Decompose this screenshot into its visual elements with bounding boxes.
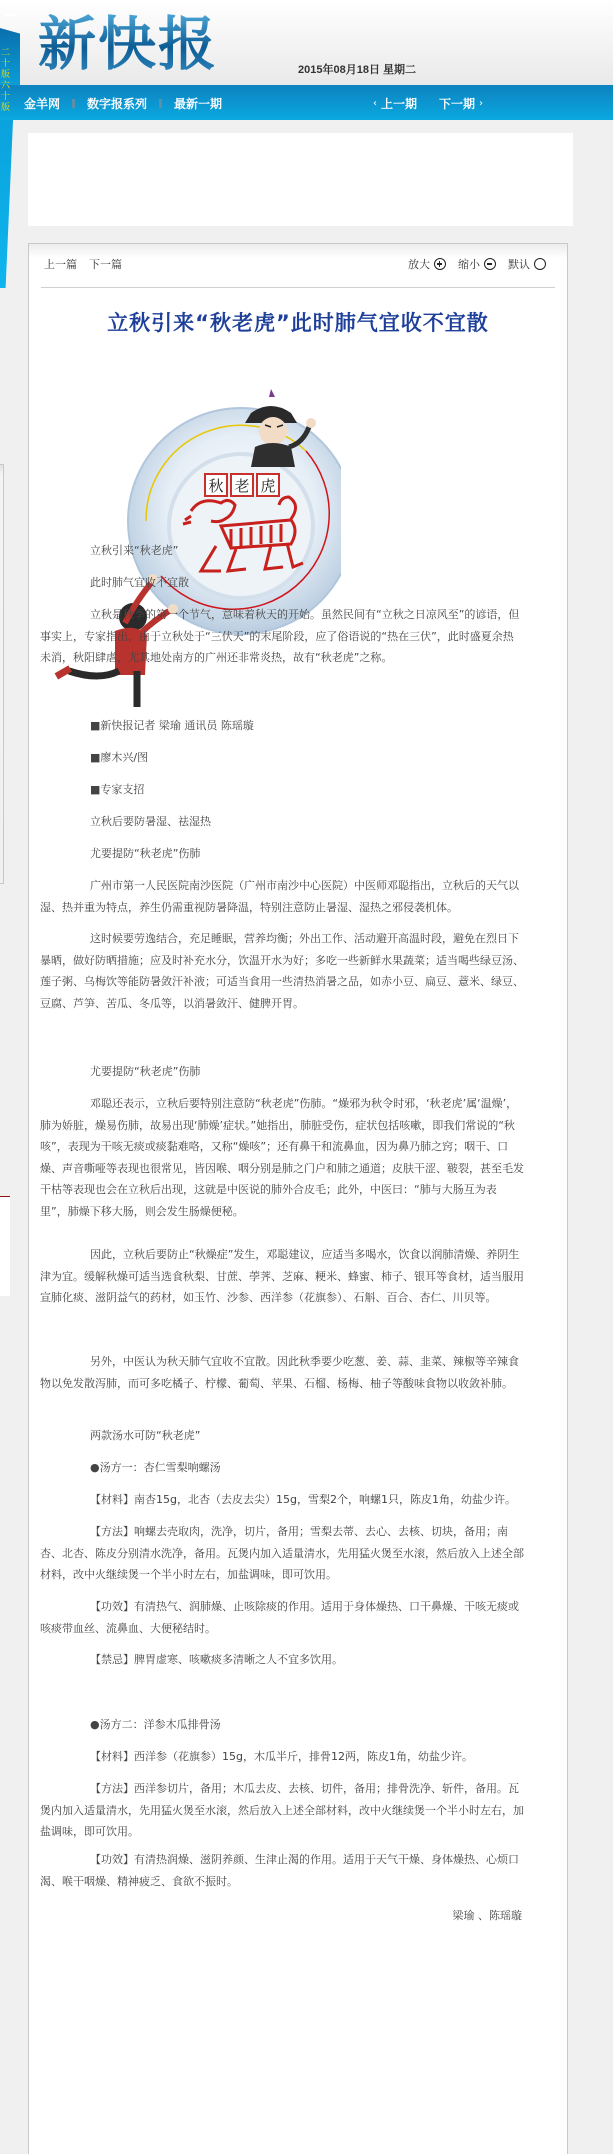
newspaper-logo[interactable]: 新快报 xyxy=(38,12,218,76)
paragraph-soup2-method: 【方法】西洋参切片，备用；木瓜去皮、去核、切件，备用；排骨洗净、斩件，备用。瓦煲… xyxy=(40,1778,524,1843)
issue-pager: ‹ 上一期 下一期 › xyxy=(373,95,483,112)
paragraph-subhead-4: 尤要提防“秋老虎”伤肺 xyxy=(40,843,524,865)
offscreen-side-block xyxy=(0,1196,10,1296)
nav-links: 金羊网 数字报系列 最新一期 xyxy=(24,95,222,112)
paragraph-soup1-title: ●汤方一：杏仁雪梨响螺汤 xyxy=(40,1457,524,1479)
zoom-in-button[interactable]: 放大 xyxy=(408,256,446,272)
paragraph-doctor-intro: 广州市第一人民医院南沙医院（广州市南沙中心医院）中医师邓聪指出，立秋后的天气以湿… xyxy=(40,875,524,918)
nav-separator xyxy=(72,99,75,108)
offscreen-side-panel xyxy=(0,464,4,884)
caption-tiles: 秋 老 虎 xyxy=(205,474,279,496)
svg-text:秋: 秋 xyxy=(208,477,223,495)
chevron-left-icon: ‹ xyxy=(373,98,377,109)
toolbar-divider xyxy=(41,287,555,288)
article-panel: 上一篇 下一篇 放大 缩小 默认 立秋引来“秋老虎”此时肺气宜收不宜散 xyxy=(28,243,568,2154)
banner-placeholder xyxy=(28,133,573,226)
paragraph-subhead-3: 立秋后要防暑湿、祛湿热 xyxy=(40,811,524,833)
paragraph-soup2-title: ●汤方二：洋参木瓜排骨汤 xyxy=(40,1714,524,1736)
paragraph-subhead-1: 立秋引来“秋老虎” xyxy=(40,540,524,562)
article-byline: 梁瑜 、陈瑶璇 xyxy=(453,1907,523,1923)
svg-text:老: 老 xyxy=(234,477,249,495)
next-article-link[interactable]: 下一篇 xyxy=(89,256,122,272)
nav-link-digital-series[interactable]: 数字报系列 xyxy=(87,95,147,112)
zoom-out-label: 缩小 xyxy=(458,256,480,272)
paragraph-expert-tips: ■专家支招 xyxy=(40,779,524,801)
ribbon-page-label[interactable]: 二 十 版 六 十 版 xyxy=(1,48,11,114)
prev-article-link[interactable]: 上一篇 xyxy=(44,256,77,272)
nav-separator xyxy=(159,99,162,108)
reset-size-button[interactable]: 默认 xyxy=(508,256,546,272)
paragraph-credit-image: ■廖木兴/图 xyxy=(40,747,524,769)
minus-circle-icon xyxy=(484,258,496,270)
paragraph-prevention: 因此，立秋后要防止“秋燥症”发生，邓聪建议，应适当多喝水，饮食以润肺清燥、养阴生… xyxy=(40,1244,524,1309)
paragraph-subhead-5: 尤要提防“秋老虎”伤肺 xyxy=(40,1061,524,1083)
paragraph-soup2-effect: 【功效】有清热润燥、滋阴养颜、生津止渴的作用。适用于天气干燥、身体燥热、心烦口渴… xyxy=(40,1849,524,1892)
paragraph-diet: 另外，中医认为秋天肺气宜收不宜散。因此秋季要少吃葱、姜、蒜、韭菜、辣椒等辛辣食物… xyxy=(40,1351,524,1394)
circle-icon xyxy=(534,258,546,270)
next-issue-link[interactable]: 下一期 xyxy=(439,95,475,112)
paragraph-soups-heading: 两款汤水可防“秋老虎” xyxy=(40,1425,524,1447)
plus-circle-icon xyxy=(434,258,446,270)
masthead: 新快报 2015年08月18日 星期二 xyxy=(0,0,613,85)
paragraph-soup1-effect: 【功效】有清热气、润肺燥、止咳除痰的作用。适用于身体燥热、口干鼻燥、干咳无痰或咳… xyxy=(40,1596,524,1639)
paragraph-soup1-ingredients: 【材料】南杏15g，北杏（去皮去尖）15g，雪梨2个，响螺1只，陈皮1角，幼盐少… xyxy=(40,1489,524,1511)
ribbon-mark-icon xyxy=(4,14,16,16)
zoom-out-button[interactable]: 缩小 xyxy=(458,256,496,272)
article-toolbar: 上一篇 下一篇 放大 缩小 默认 xyxy=(44,256,552,276)
prev-issue-link[interactable]: 上一期 xyxy=(381,95,417,112)
paragraph-soup2-ingredients: 【材料】西洋参（花旗参）15g，木瓜半斤，排骨12两，陈皮1角，幼盐少许。 xyxy=(40,1746,524,1768)
top-navbar: 金羊网 数字报系列 最新一期 ‹ 上一期 下一期 › xyxy=(0,85,613,120)
chevron-right-icon: › xyxy=(479,98,483,109)
ribbon-tail-decoration xyxy=(0,98,14,288)
article-title: 立秋引来“秋老虎”此时肺气宜收不宜散 xyxy=(29,307,567,337)
paragraph-soup1-method: 【方法】响螺去壳取肉，洗净，切片，备用；雪梨去蒂、去心、去核、切块，备用；南杏、… xyxy=(40,1521,524,1586)
paragraph-lung-dryness: 邓聪还表示，立秋后要特别注意防“秋老虎”伤肺。“燥邪为秋令时邪，‘秋老虎’属‘温… xyxy=(40,1093,524,1222)
zoom-in-label: 放大 xyxy=(408,256,430,272)
paragraph-subhead-2: 此时肺气宜收不宜散 xyxy=(40,572,524,594)
nav-link-latest-issue[interactable]: 最新一期 xyxy=(174,95,222,112)
paragraph-credit-reporter: ■新快报记者 梁瑜 通讯员 陈瑶璇 xyxy=(40,715,524,737)
issue-date: 2015年08月18日 星期二 xyxy=(298,61,416,77)
nav-link-jinyang[interactable]: 金羊网 xyxy=(24,95,60,112)
paragraph-soup1-caution: 【禁忌】脾胃虚寒、咳嗽痰多清晰之人不宜多饮用。 xyxy=(40,1649,524,1671)
svg-text:虎: 虎 xyxy=(260,477,275,495)
paragraph-intro: 立秋是秋季的第一个节气，意味着秋天的开始。虽然民间有“立秋之日凉风至”的谚语，但… xyxy=(40,604,524,669)
paragraph-summer-advice: 这时候要劳逸结合，充足睡眠，营养均衡；外出工作、活动避开高温时段，避免在烈日下暴… xyxy=(40,928,524,1014)
reset-label: 默认 xyxy=(508,256,530,272)
